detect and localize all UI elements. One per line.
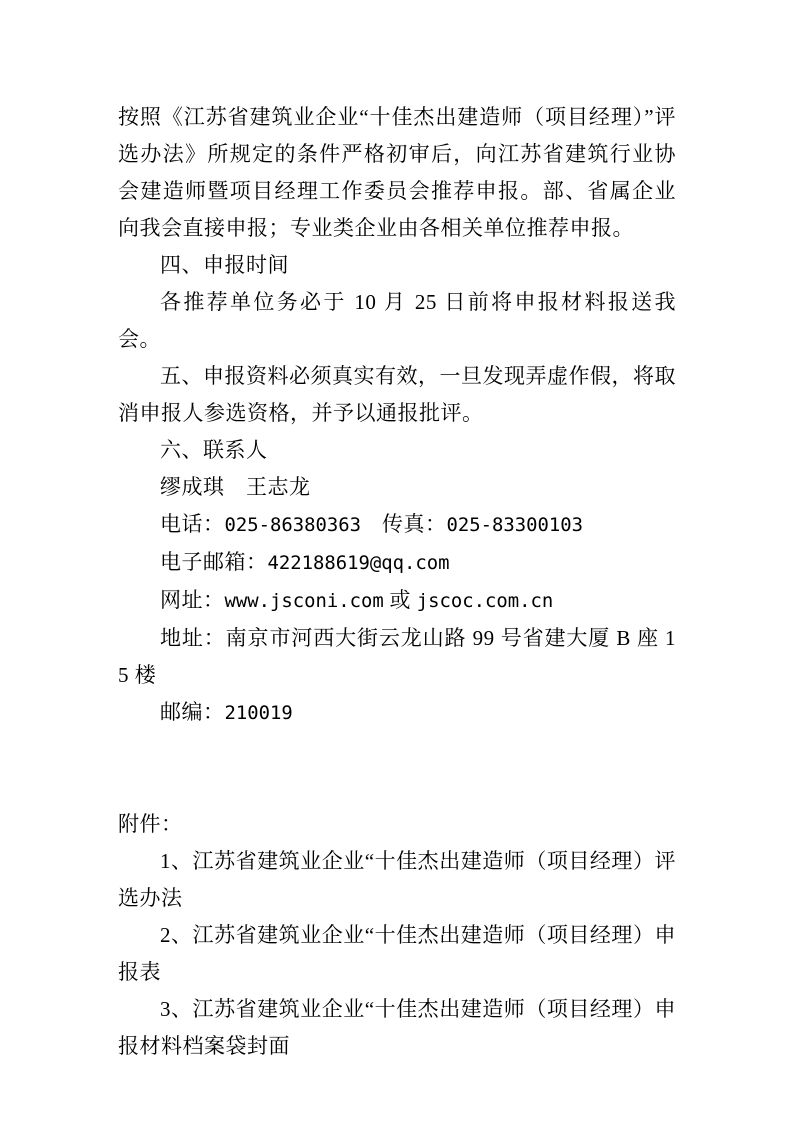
fax-label: 传真： — [382, 512, 447, 536]
body-paragraph-continuation: 按照《江苏省建筑业企业“十佳杰出建造师（项目经理）”评选办法》所规定的条件严格初… — [118, 99, 676, 247]
contact-phone-fax-line: 电话：025-86380363传真：025-83300103 — [118, 506, 676, 544]
contact-address-line: 地址：南京市河西大街云龙山路 99 号省建大厦 B 座 15 楼 — [118, 620, 676, 694]
postcode-value: 210019 — [225, 702, 293, 724]
contact-names: 缪成琪 王志龙 — [118, 469, 676, 506]
attachment-item-1: 1、江苏省建筑业企业“十佳杰出建造师（项目经理）评选办法 — [118, 843, 676, 917]
section-4-heading: 四、申报时间 — [118, 247, 676, 284]
email-value: 422188619@qq.com — [268, 552, 450, 574]
contact-website-line: 网址：www.jsconi.com 或 jscoc.com.cn — [118, 582, 676, 620]
postcode-label: 邮编： — [160, 700, 225, 724]
attachment-item-3: 3、江苏省建筑业企业“十佳杰出建造师（项目经理）申报材料档案袋封面 — [118, 991, 676, 1065]
blank-space — [118, 732, 676, 806]
website-value-1: www.jsconi.com — [225, 590, 384, 612]
contact-postcode-line: 邮编：210019 — [118, 694, 676, 732]
document-page: 按照《江苏省建筑业企业“十佳杰出建造师（项目经理）”评选办法》所规定的条件严格初… — [0, 0, 794, 1123]
fax-value: 025-83300103 — [446, 514, 582, 536]
section-6-heading: 六、联系人 — [118, 432, 676, 469]
website-conjunction: 或 — [384, 588, 417, 612]
section-5-body: 五、申报资料必须真实有效，一旦发现弄虚作假，将取消申报人参选资格，并予以通报批评… — [118, 358, 676, 432]
website-label: 网址： — [160, 588, 225, 612]
phone-label: 电话： — [160, 512, 225, 536]
attachment-item-2: 2、江苏省建筑业企业“十佳杰出建造师（项目经理）申报表 — [118, 917, 676, 991]
document-body: 按照《江苏省建筑业企业“十佳杰出建造师（项目经理）”评选办法》所规定的条件严格初… — [118, 99, 676, 1065]
website-value-2: jscoc.com.cn — [417, 590, 553, 612]
section-4-body: 各推荐单位务必于 10 月 25 日前将申报材料报送我会。 — [118, 284, 676, 358]
attachments-heading: 附件： — [118, 806, 676, 843]
contact-email-line: 电子邮箱：422188619@qq.com — [118, 544, 676, 582]
email-label: 电子邮箱： — [160, 550, 268, 574]
phone-value: 025-86380363 — [225, 514, 361, 536]
